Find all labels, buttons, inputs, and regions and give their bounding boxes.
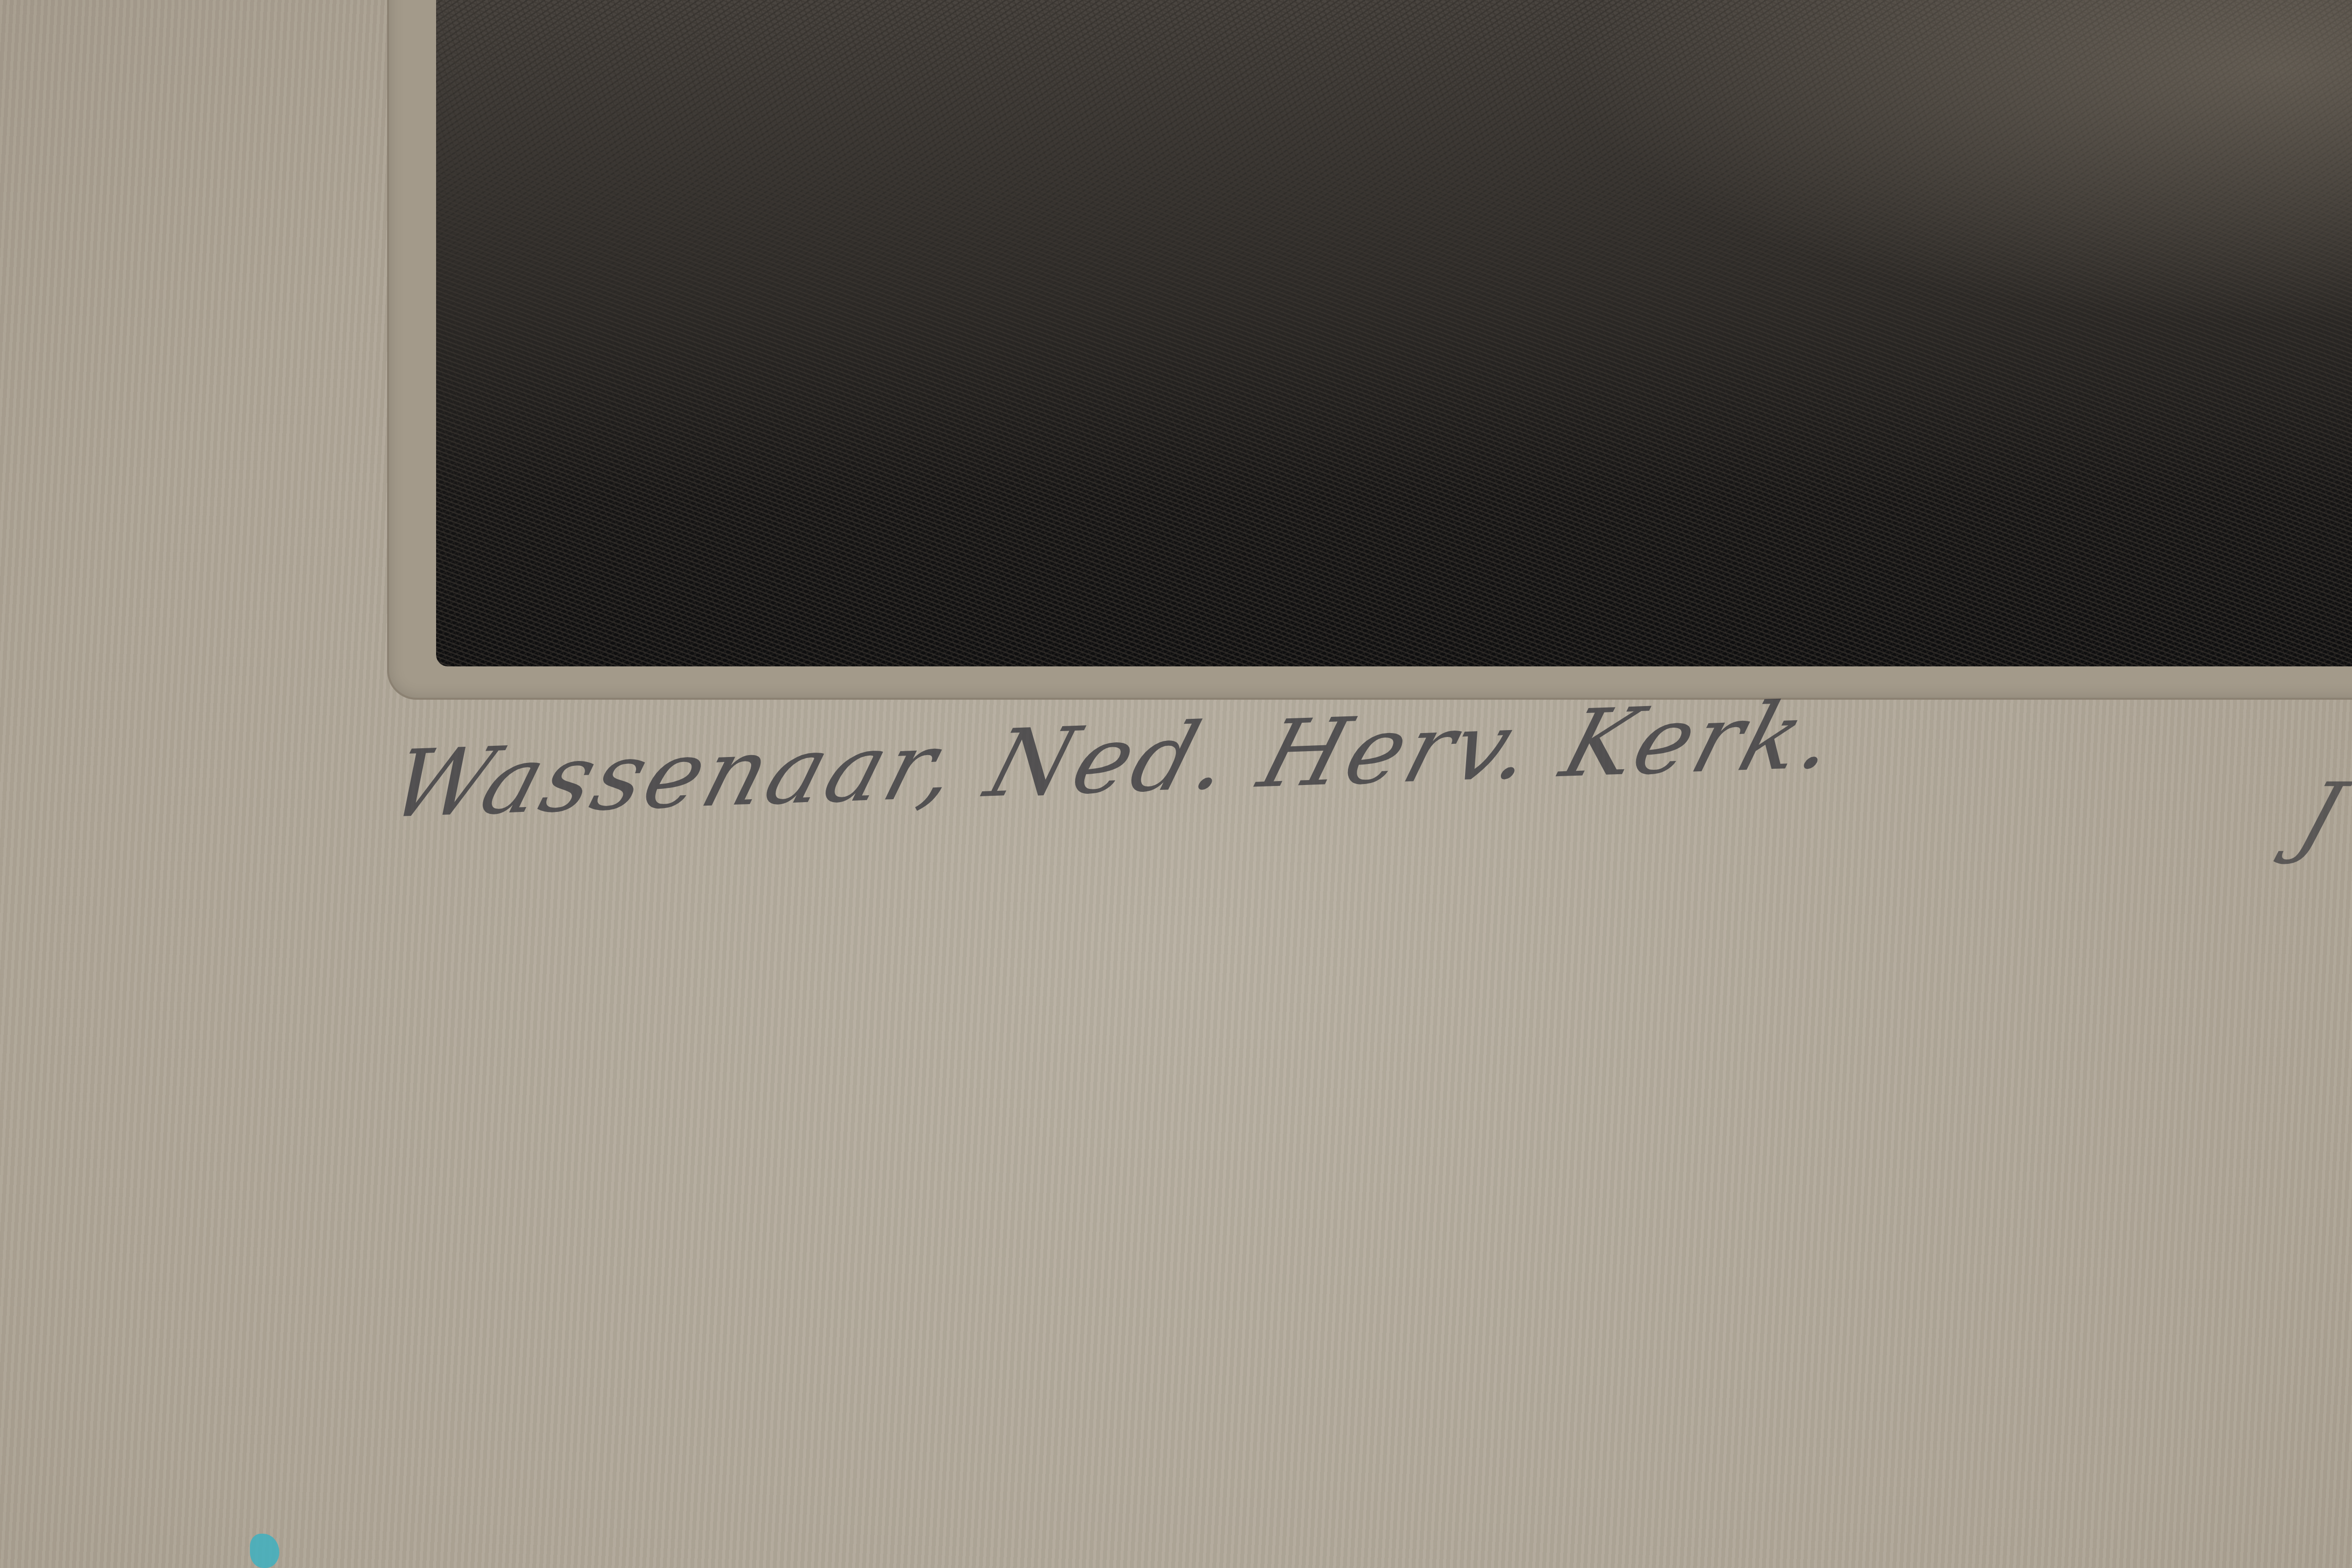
- paint-speck: [250, 1534, 279, 1568]
- etching-highlight: [1514, 0, 2352, 343]
- signature-fragment: J: [2286, 764, 2352, 867]
- etching-image: [436, 0, 2352, 666]
- pencil-inscription: Wassenaar, Ned. Herv. Kerk.: [378, 681, 1852, 839]
